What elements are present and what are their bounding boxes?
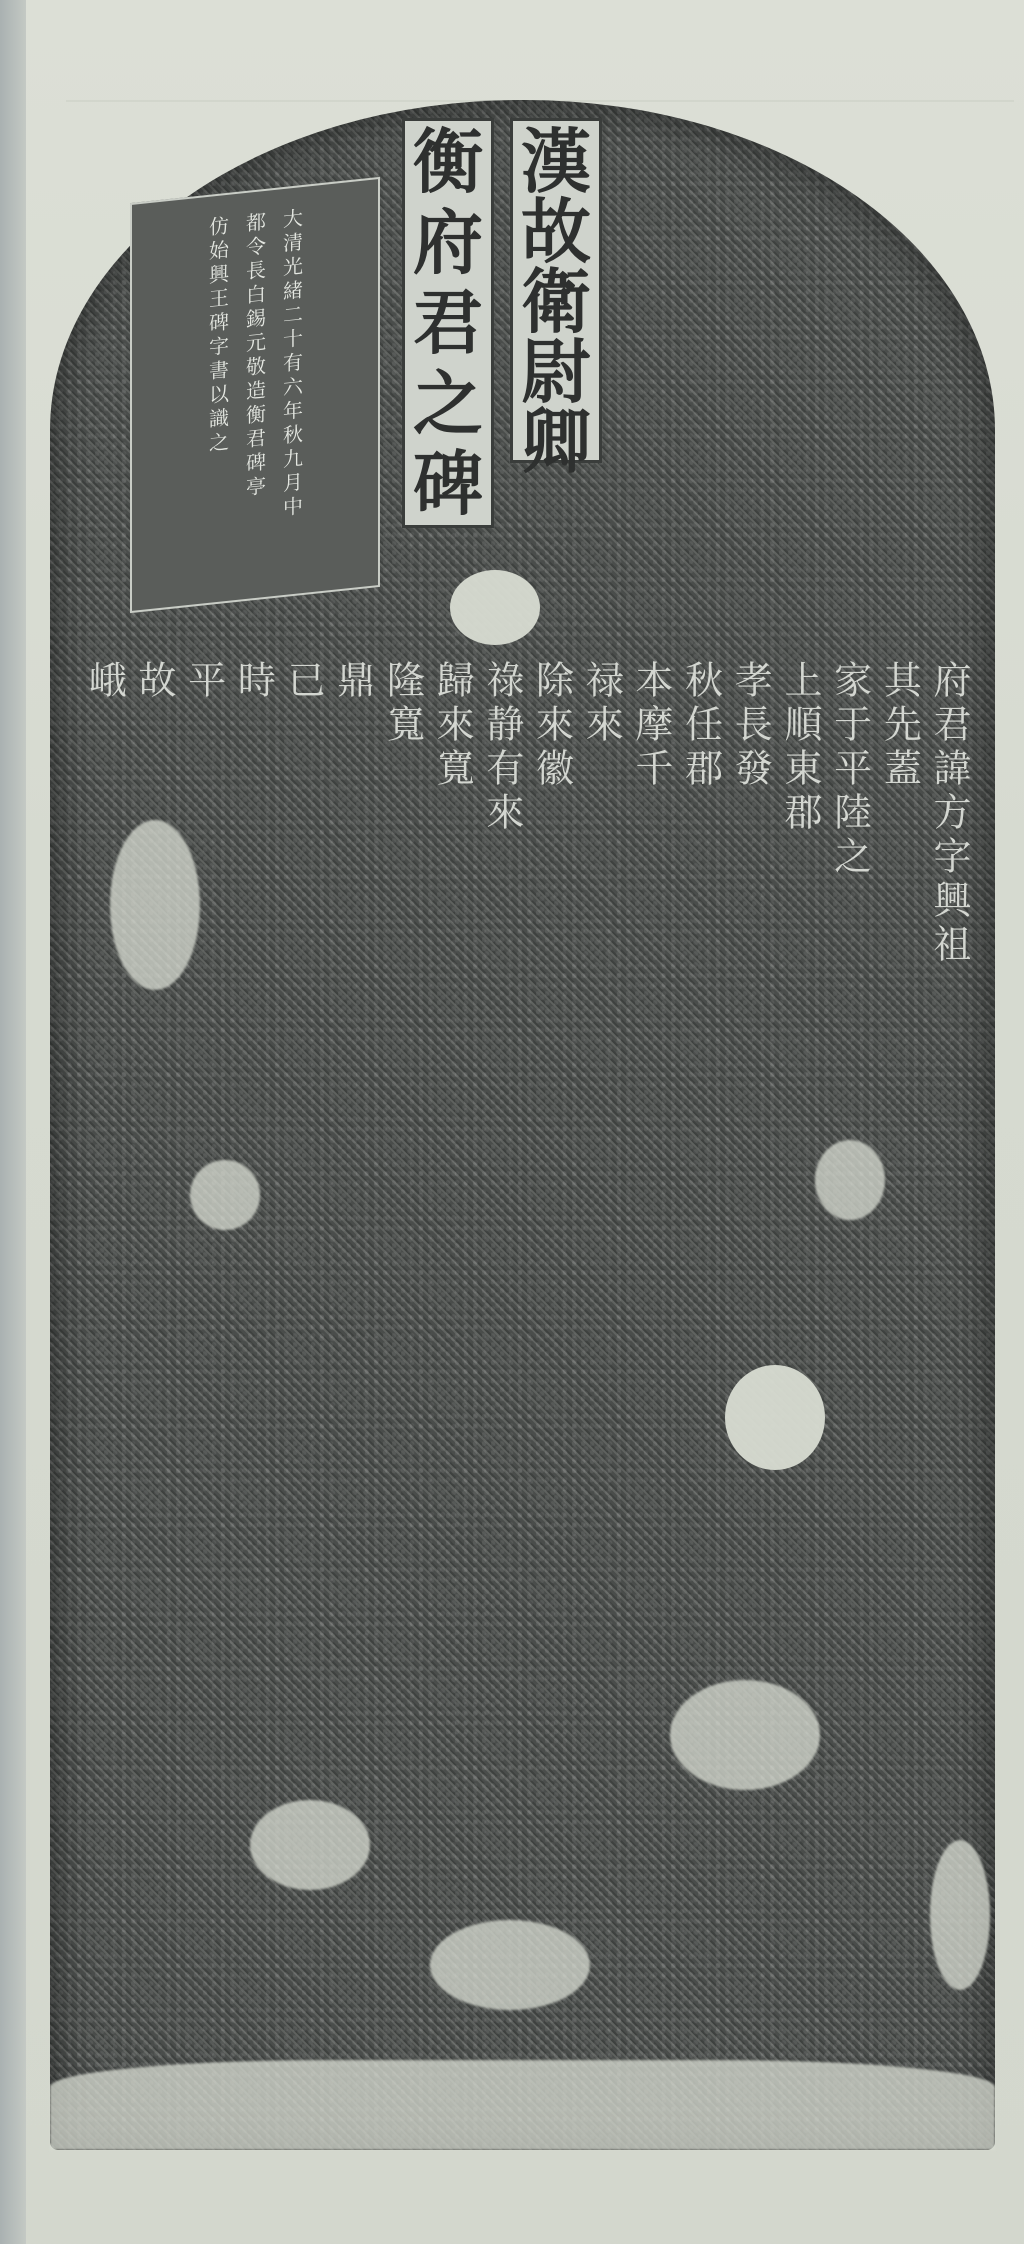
colophon-line: 大清光緒二十有六年秋九月中 bbox=[278, 207, 307, 576]
title-char: 衛 bbox=[521, 267, 591, 337]
inscription-column: 禄來 bbox=[579, 660, 623, 2040]
inscription-column: 故 bbox=[131, 660, 175, 2040]
inscription-column: 府君諱方字興祖 bbox=[926, 660, 970, 2040]
inscription-body: 府君諱方字興祖 其先蓋 家于平陸之 上順東郡 孝長發 秋任郡 本摩千 禄來 除來… bbox=[80, 660, 970, 2040]
title-char: 碑 bbox=[413, 449, 483, 519]
stele-rubbing: 大清光緒二十有六年秋九月中 都令長白錫元敬造衡君碑亭 仿始興王碑字書以識之 漢 … bbox=[50, 100, 995, 2150]
inscription-column: 本摩千 bbox=[628, 660, 672, 2040]
damage-patch bbox=[50, 2060, 995, 2150]
inscription-column: 峨 bbox=[82, 660, 126, 2040]
inscription-column: 其先蓋 bbox=[877, 660, 921, 2040]
title-char: 故 bbox=[521, 197, 591, 267]
inscription-column: 孝長發 bbox=[728, 660, 772, 2040]
title-column-1: 漢 故 衛 尉 卿 bbox=[510, 118, 602, 463]
inscription-column: 時 bbox=[231, 660, 275, 2040]
title-char: 之 bbox=[413, 369, 483, 439]
mount-edge bbox=[0, 0, 26, 2244]
colophon-line: 仿始興王碑字書以識之 bbox=[204, 214, 233, 583]
title-char: 尉 bbox=[521, 337, 591, 407]
inscription-column: 歸來寬 bbox=[429, 660, 473, 2040]
inscription-column: 上順東郡 bbox=[777, 660, 821, 2040]
title-char: 漢 bbox=[521, 127, 591, 197]
inscription-column: 隆寬 bbox=[380, 660, 424, 2040]
title-char: 君 bbox=[413, 288, 483, 358]
title-column-2: 衡 府 君 之 碑 bbox=[402, 118, 494, 528]
title-char: 卿 bbox=[521, 407, 591, 477]
title-char: 府 bbox=[413, 208, 483, 278]
inscription-column: 鼎 bbox=[330, 660, 374, 2040]
inscription-column: 已 bbox=[280, 660, 324, 2040]
damage-patch bbox=[450, 570, 540, 645]
colophon-panel: 大清光緒二十有六年秋九月中 都令長白錫元敬造衡君碑亭 仿始興王碑字書以識之 bbox=[130, 177, 380, 613]
colophon-line: 都令長白錫元敬造衡君碑亭 bbox=[241, 210, 270, 579]
inscription-column: 除來徽 bbox=[529, 660, 573, 2040]
inscription-column: 家于平陸之 bbox=[827, 660, 871, 2040]
inscription-column: 平 bbox=[181, 660, 225, 2040]
inscription-column: 秋任郡 bbox=[678, 660, 722, 2040]
title-char: 衡 bbox=[413, 127, 483, 197]
inscription-column: 祿静有來 bbox=[479, 660, 523, 2040]
